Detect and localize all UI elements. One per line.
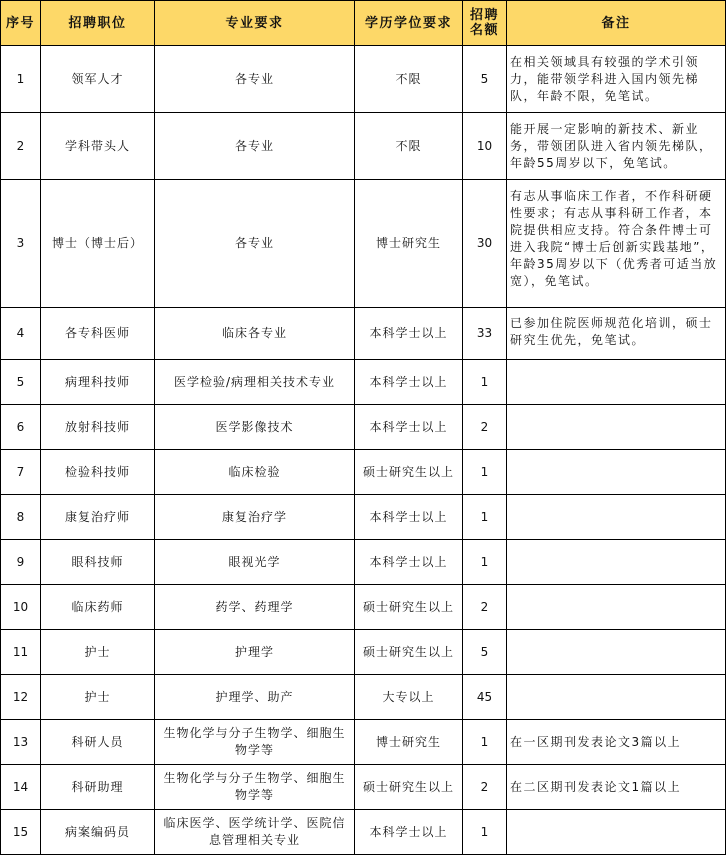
table-row: 11 护士 护理学 硕士研究生以上 5 bbox=[1, 630, 726, 675]
table-row: 10 临床药师 药学、药理学 硕士研究生以上 2 bbox=[1, 585, 726, 630]
cell-count: 1 bbox=[463, 360, 507, 405]
cell-degree: 不限 bbox=[355, 113, 463, 180]
cell-position: 学科带头人 bbox=[41, 113, 155, 180]
cell-position: 病案编码员 bbox=[41, 810, 155, 855]
cell-position: 眼科技师 bbox=[41, 540, 155, 585]
cell-position: 领军人才 bbox=[41, 46, 155, 113]
cell-notes bbox=[507, 810, 726, 855]
cell-degree: 博士研究生 bbox=[355, 720, 463, 765]
cell-degree: 博士研究生 bbox=[355, 180, 463, 308]
cell-degree: 本科学士以上 bbox=[355, 540, 463, 585]
cell-position: 科研人员 bbox=[41, 720, 155, 765]
cell-major: 临床各专业 bbox=[155, 308, 355, 360]
cell-position: 检验科技师 bbox=[41, 450, 155, 495]
cell-count: 1 bbox=[463, 450, 507, 495]
cell-degree: 本科学士以上 bbox=[355, 308, 463, 360]
cell-degree: 硕士研究生以上 bbox=[355, 765, 463, 810]
cell-position: 病理科技师 bbox=[41, 360, 155, 405]
cell-degree: 本科学士以上 bbox=[355, 810, 463, 855]
cell-notes bbox=[507, 585, 726, 630]
cell-position: 各专科医师 bbox=[41, 308, 155, 360]
header-notes: 备注 bbox=[507, 1, 726, 46]
table-row: 4 各专科医师 临床各专业 本科学士以上 33 已参加住院医师规范化培训，硕士研… bbox=[1, 308, 726, 360]
table-row: 8 康复治疗师 康复治疗学 本科学士以上 1 bbox=[1, 495, 726, 540]
cell-position: 放射科技师 bbox=[41, 405, 155, 450]
table-row: 7 检验科技师 临床检验 硕士研究生以上 1 bbox=[1, 450, 726, 495]
cell-index: 8 bbox=[1, 495, 41, 540]
cell-notes: 在相关领域具有较强的学术引领力，能带领学科进入国内领先梯队，年龄不限，免笔试。 bbox=[507, 46, 726, 113]
cell-notes: 能开展一定影响的新技术、新业务，带领团队进入省内领先梯队，年龄55周岁以下，免笔… bbox=[507, 113, 726, 180]
cell-notes bbox=[507, 360, 726, 405]
cell-count: 45 bbox=[463, 675, 507, 720]
cell-count: 1 bbox=[463, 540, 507, 585]
cell-count: 5 bbox=[463, 46, 507, 113]
cell-major: 临床医学、医学统计学、医院信息管理相关专业 bbox=[155, 810, 355, 855]
table-row: 13 科研人员 生物化学与分子生物学、细胞生物学等 博士研究生 1 在一区期刊发… bbox=[1, 720, 726, 765]
cell-major: 生物化学与分子生物学、细胞生物学等 bbox=[155, 720, 355, 765]
header-degree: 学历学位要求 bbox=[355, 1, 463, 46]
recruitment-table: 序号 招聘职位 专业要求 学历学位要求 招聘名额 备注 1 领军人才 各专业 不… bbox=[0, 0, 726, 855]
cell-index: 13 bbox=[1, 720, 41, 765]
cell-position: 康复治疗师 bbox=[41, 495, 155, 540]
table-row: 3 博士（博士后） 各专业 博士研究生 30 有志从事临床工作者，不作科研硬性要… bbox=[1, 180, 726, 308]
cell-index: 10 bbox=[1, 585, 41, 630]
cell-notes bbox=[507, 405, 726, 450]
cell-position: 科研助理 bbox=[41, 765, 155, 810]
header-index: 序号 bbox=[1, 1, 41, 46]
cell-index: 11 bbox=[1, 630, 41, 675]
cell-count: 2 bbox=[463, 765, 507, 810]
table-row: 6 放射科技师 医学影像技术 本科学士以上 2 bbox=[1, 405, 726, 450]
cell-major: 临床检验 bbox=[155, 450, 355, 495]
cell-degree: 硕士研究生以上 bbox=[355, 630, 463, 675]
cell-degree: 本科学士以上 bbox=[355, 405, 463, 450]
cell-notes: 有志从事临床工作者，不作科研硬性要求；有志从事科研工作者，本院提供相应支持。符合… bbox=[507, 180, 726, 308]
cell-major: 医学检验/病理相关技术专业 bbox=[155, 360, 355, 405]
cell-count: 10 bbox=[463, 113, 507, 180]
cell-index: 5 bbox=[1, 360, 41, 405]
cell-count: 2 bbox=[463, 405, 507, 450]
cell-index: 1 bbox=[1, 46, 41, 113]
cell-notes bbox=[507, 630, 726, 675]
header-position: 招聘职位 bbox=[41, 1, 155, 46]
cell-notes bbox=[507, 540, 726, 585]
cell-position: 护士 bbox=[41, 630, 155, 675]
cell-major: 护理学、助产 bbox=[155, 675, 355, 720]
cell-position: 护士 bbox=[41, 675, 155, 720]
cell-position: 博士（博士后） bbox=[41, 180, 155, 308]
cell-notes bbox=[507, 450, 726, 495]
cell-degree: 不限 bbox=[355, 46, 463, 113]
cell-index: 7 bbox=[1, 450, 41, 495]
cell-major: 各专业 bbox=[155, 113, 355, 180]
cell-notes bbox=[507, 495, 726, 540]
cell-count: 1 bbox=[463, 495, 507, 540]
cell-count: 5 bbox=[463, 630, 507, 675]
cell-notes bbox=[507, 675, 726, 720]
cell-major: 医学影像技术 bbox=[155, 405, 355, 450]
cell-count: 1 bbox=[463, 810, 507, 855]
cell-degree: 硕士研究生以上 bbox=[355, 585, 463, 630]
header-count: 招聘名额 bbox=[463, 1, 507, 46]
table-row: 12 护士 护理学、助产 大专以上 45 bbox=[1, 675, 726, 720]
header-row: 序号 招聘职位 专业要求 学历学位要求 招聘名额 备注 bbox=[1, 1, 726, 46]
cell-major: 生物化学与分子生物学、细胞生物学等 bbox=[155, 765, 355, 810]
cell-notes: 已参加住院医师规范化培训，硕士研究生优先，免笔试。 bbox=[507, 308, 726, 360]
cell-index: 15 bbox=[1, 810, 41, 855]
table-row: 2 学科带头人 各专业 不限 10 能开展一定影响的新技术、新业务，带领团队进入… bbox=[1, 113, 726, 180]
cell-degree: 硕士研究生以上 bbox=[355, 450, 463, 495]
cell-count: 33 bbox=[463, 308, 507, 360]
cell-major: 眼视光学 bbox=[155, 540, 355, 585]
cell-degree: 大专以上 bbox=[355, 675, 463, 720]
cell-count: 2 bbox=[463, 585, 507, 630]
cell-major: 各专业 bbox=[155, 46, 355, 113]
cell-position: 临床药师 bbox=[41, 585, 155, 630]
table-row: 5 病理科技师 医学检验/病理相关技术专业 本科学士以上 1 bbox=[1, 360, 726, 405]
cell-degree: 本科学士以上 bbox=[355, 360, 463, 405]
cell-index: 12 bbox=[1, 675, 41, 720]
cell-count: 1 bbox=[463, 720, 507, 765]
table-row: 1 领军人才 各专业 不限 5 在相关领域具有较强的学术引领力，能带领学科进入国… bbox=[1, 46, 726, 113]
cell-major: 护理学 bbox=[155, 630, 355, 675]
cell-major: 康复治疗学 bbox=[155, 495, 355, 540]
cell-notes: 在一区期刊发表论文3篇以上 bbox=[507, 720, 726, 765]
cell-index: 9 bbox=[1, 540, 41, 585]
cell-index: 2 bbox=[1, 113, 41, 180]
cell-index: 3 bbox=[1, 180, 41, 308]
cell-degree: 本科学士以上 bbox=[355, 495, 463, 540]
cell-index: 4 bbox=[1, 308, 41, 360]
table-row: 9 眼科技师 眼视光学 本科学士以上 1 bbox=[1, 540, 726, 585]
cell-index: 14 bbox=[1, 765, 41, 810]
table-row: 14 科研助理 生物化学与分子生物学、细胞生物学等 硕士研究生以上 2 在二区期… bbox=[1, 765, 726, 810]
table-row: 15 病案编码员 临床医学、医学统计学、医院信息管理相关专业 本科学士以上 1 bbox=[1, 810, 726, 855]
cell-major: 药学、药理学 bbox=[155, 585, 355, 630]
cell-notes: 在二区期刊发表论文1篇以上 bbox=[507, 765, 726, 810]
cell-count: 30 bbox=[463, 180, 507, 308]
cell-index: 6 bbox=[1, 405, 41, 450]
header-major: 专业要求 bbox=[155, 1, 355, 46]
cell-major: 各专业 bbox=[155, 180, 355, 308]
